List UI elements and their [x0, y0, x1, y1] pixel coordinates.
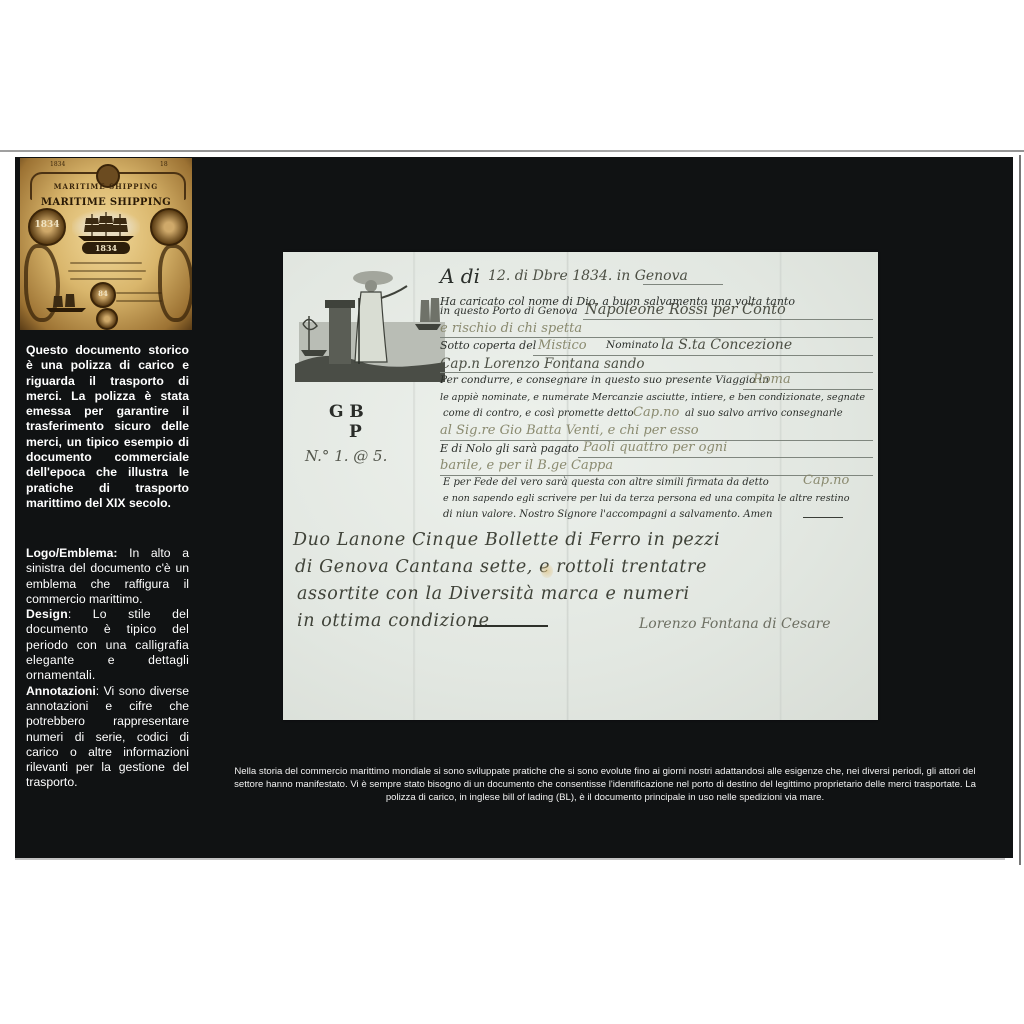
thumbnail-main-title: MARITIME SHIPPING — [20, 197, 192, 208]
printed-a-di: A di — [440, 264, 480, 288]
reference-number: N.° 1. @ 5. — [305, 447, 387, 465]
printed-condurre: Per condurre, e consegnare in questo suo… — [440, 374, 769, 386]
underline — [803, 517, 843, 518]
underline — [743, 389, 873, 390]
handwritten-captain-abbr: Cap.no — [633, 405, 679, 420]
small-seal: 84 — [90, 282, 116, 308]
right-border-line — [1019, 155, 1021, 865]
script-line — [116, 292, 162, 294]
note-design: Design: Lo stile del documento è tipico … — [26, 607, 189, 683]
note-label: Design — [26, 607, 68, 621]
underline — [583, 319, 873, 320]
handwritten-freight: Paoli quattro per ogni — [583, 440, 727, 455]
printed-merchandise: le appiè nominate, e numerate Mercanzie … — [440, 392, 865, 403]
maritime-shipping-thumbnail: 1834 18 MARITIME SHIPPING MARITIME SHIPP… — [20, 158, 192, 330]
script-line — [68, 270, 146, 272]
bottom-border-line — [15, 858, 1005, 860]
allegorical-engraving-icon — [295, 264, 447, 382]
thumbnail-year-corner-left: 1834 — [50, 161, 65, 168]
underline — [643, 284, 723, 285]
handwritten-risk: e rischio di chi spetta — [440, 321, 582, 336]
note-label: Logo/Emblema: — [26, 546, 117, 560]
printed-promette: come di contro, e così promette detto — [443, 408, 634, 419]
note-label: Annotazioni — [26, 684, 96, 698]
printed-consegnarle: al suo salvo arrivo consegnarle — [685, 408, 843, 419]
handwritten-freight-2: barile, e per il B.ge Cappa — [440, 458, 613, 473]
handwritten-date-place: 12. di Dbre 1834. in Genova — [488, 268, 688, 284]
handwritten-vessel-type: Mistico — [538, 338, 587, 353]
document-description: Questo documento storico è una polizza d… — [26, 343, 189, 511]
exhibit-caption: Nella storia del commercio marittimo mon… — [220, 766, 990, 804]
note-logo: Logo/Emblema: In alto a sinistra del doc… — [26, 546, 189, 607]
underline — [578, 457, 873, 458]
top-border-line — [0, 150, 1024, 152]
handwritten-destination: Roma — [753, 372, 791, 387]
seal-right-icon — [150, 208, 188, 246]
bill-of-lading-document: A di 12. di Dbre 1834. in Genova Ha cari… — [283, 252, 878, 720]
note-annotations: Annotazioni: Vi sono diverse annotazioni… — [26, 684, 189, 791]
sailing-ship-icon — [72, 210, 140, 244]
document-notes: Logo/Emblema: In alto a sinistra del doc… — [26, 546, 189, 791]
printed-terza-persona: e non sapendo egli scrivere per lui da t… — [443, 493, 850, 504]
handwritten-vessel-name: la S.ta Concezione — [661, 337, 792, 353]
handwritten-consignee: al Sig.re Gio Batta Venti, e chi per ess… — [440, 423, 699, 438]
manifest-line-1: Duo Lanone Cinque Bollette di Ferro in p… — [293, 530, 720, 550]
printed-amen: di niun valore. Nostro Signore l'accompa… — [443, 509, 772, 520]
manifest-line-4: in ottima condizione — [297, 611, 490, 631]
script-line — [70, 278, 142, 280]
underline — [440, 372, 873, 373]
note-text: : Vi sono diverse annotazioni e cifre ch… — [26, 684, 189, 790]
underline — [440, 337, 873, 338]
printed-fede: E per Fede del vero sarà questa con altr… — [443, 477, 769, 488]
dash-stroke — [473, 625, 548, 627]
scroll-ornament-right-icon — [158, 244, 192, 322]
printed-sotto-coperta: Sotto coperta del — [440, 339, 536, 352]
printed-line-porto: in questo Porto di Genova — [440, 305, 578, 317]
year-seal-left: 1834 — [28, 208, 66, 246]
script-line — [116, 300, 162, 302]
signature: Lorenzo Fontana di Cesare — [639, 616, 831, 632]
handwritten-shipper: Napoleone Rossi per Conto — [585, 302, 786, 318]
handwritten-captain-sign: Cap.no — [803, 473, 849, 488]
year-banner: 1834 — [82, 242, 130, 254]
shipping-marks-p: P — [349, 422, 362, 442]
bottom-seal-icon — [96, 308, 118, 330]
small-ship-icon — [44, 292, 88, 314]
printed-nominato: Nominato — [606, 339, 658, 351]
thumbnail-year-corner-right: 18 — [160, 161, 168, 168]
manifest-line-2: di Genova Cantana sette, e rottoli trent… — [295, 557, 707, 577]
shipping-marks-gb: G B — [329, 402, 364, 422]
handwritten-captain: Cap.n Lorenzo Fontana sando — [440, 356, 644, 372]
printed-nolo: E di Nolo gli sarà pagato — [440, 442, 579, 455]
thumbnail-arc-title: MARITIME SHIPPING — [20, 182, 192, 191]
manifest-line-3: assortite con la Diversità marca e numer… — [297, 584, 690, 604]
paper-stain — [541, 564, 553, 578]
script-line — [70, 262, 142, 264]
